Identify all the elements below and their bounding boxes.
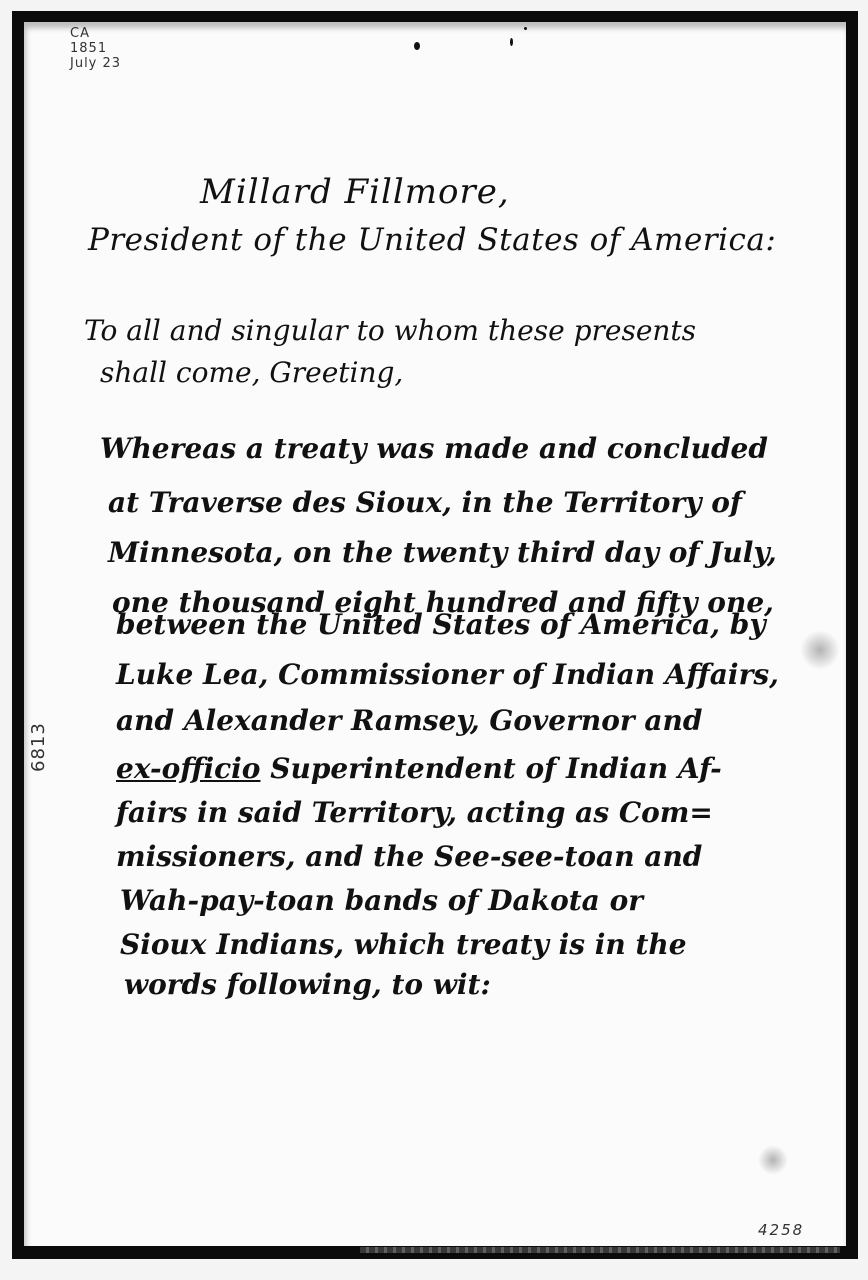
- body-line-7: and Alexander Ramsey, Governor and: [116, 704, 702, 737]
- body-line-5: between the United States of America, by: [116, 608, 766, 641]
- paper-smudge: [758, 1145, 788, 1175]
- side-catalog-number: 6813: [28, 722, 49, 772]
- page-number: 4258: [758, 1221, 804, 1239]
- body-line-1: Whereas a treaty was made and concluded: [100, 432, 768, 465]
- body-line-12: Sioux Indians, which treaty is in the: [120, 928, 687, 961]
- salutation-line-2: shall come, Greeting,: [100, 356, 403, 389]
- body-line-8-text: Superintendent of Indian Af-: [270, 752, 722, 785]
- archive-stamp-strip: [360, 1247, 840, 1253]
- heading-president-title: President of the United States of Americ…: [88, 222, 776, 258]
- ex-officio-underlined: ex-officio: [116, 752, 260, 785]
- archive-date: July 23: [70, 56, 121, 71]
- archive-code: CA: [70, 26, 121, 41]
- body-line-3: Minnesota, on the twenty third day of Ju…: [108, 536, 777, 569]
- body-line-13: words following, to wit:: [124, 968, 491, 1001]
- body-line-11: Wah-pay-toan bands of Dakota or: [120, 884, 643, 917]
- archive-year: 1851: [70, 41, 121, 56]
- ink-speck: [524, 27, 527, 30]
- body-line-2: at Traverse des Sioux, in the Territory …: [108, 486, 742, 519]
- ink-speck: [414, 42, 420, 50]
- archive-annotation: CA 1851 July 23: [70, 26, 121, 71]
- heading-president-name: Millard Fillmore,: [200, 172, 510, 212]
- body-line-9: fairs in said Territory, acting as Com=: [116, 796, 713, 829]
- salutation-line-1: To all and singular to whom these presen…: [84, 314, 696, 347]
- ink-speck: [510, 38, 513, 46]
- body-line-8: ex-officio Superintendent of Indian Af-: [116, 752, 722, 785]
- body-line-6: Luke Lea, Commissioner of Indian Affairs…: [116, 658, 779, 691]
- paper-smudge: [800, 630, 840, 670]
- body-line-10: missioners, and the See-see-toan and: [116, 840, 702, 873]
